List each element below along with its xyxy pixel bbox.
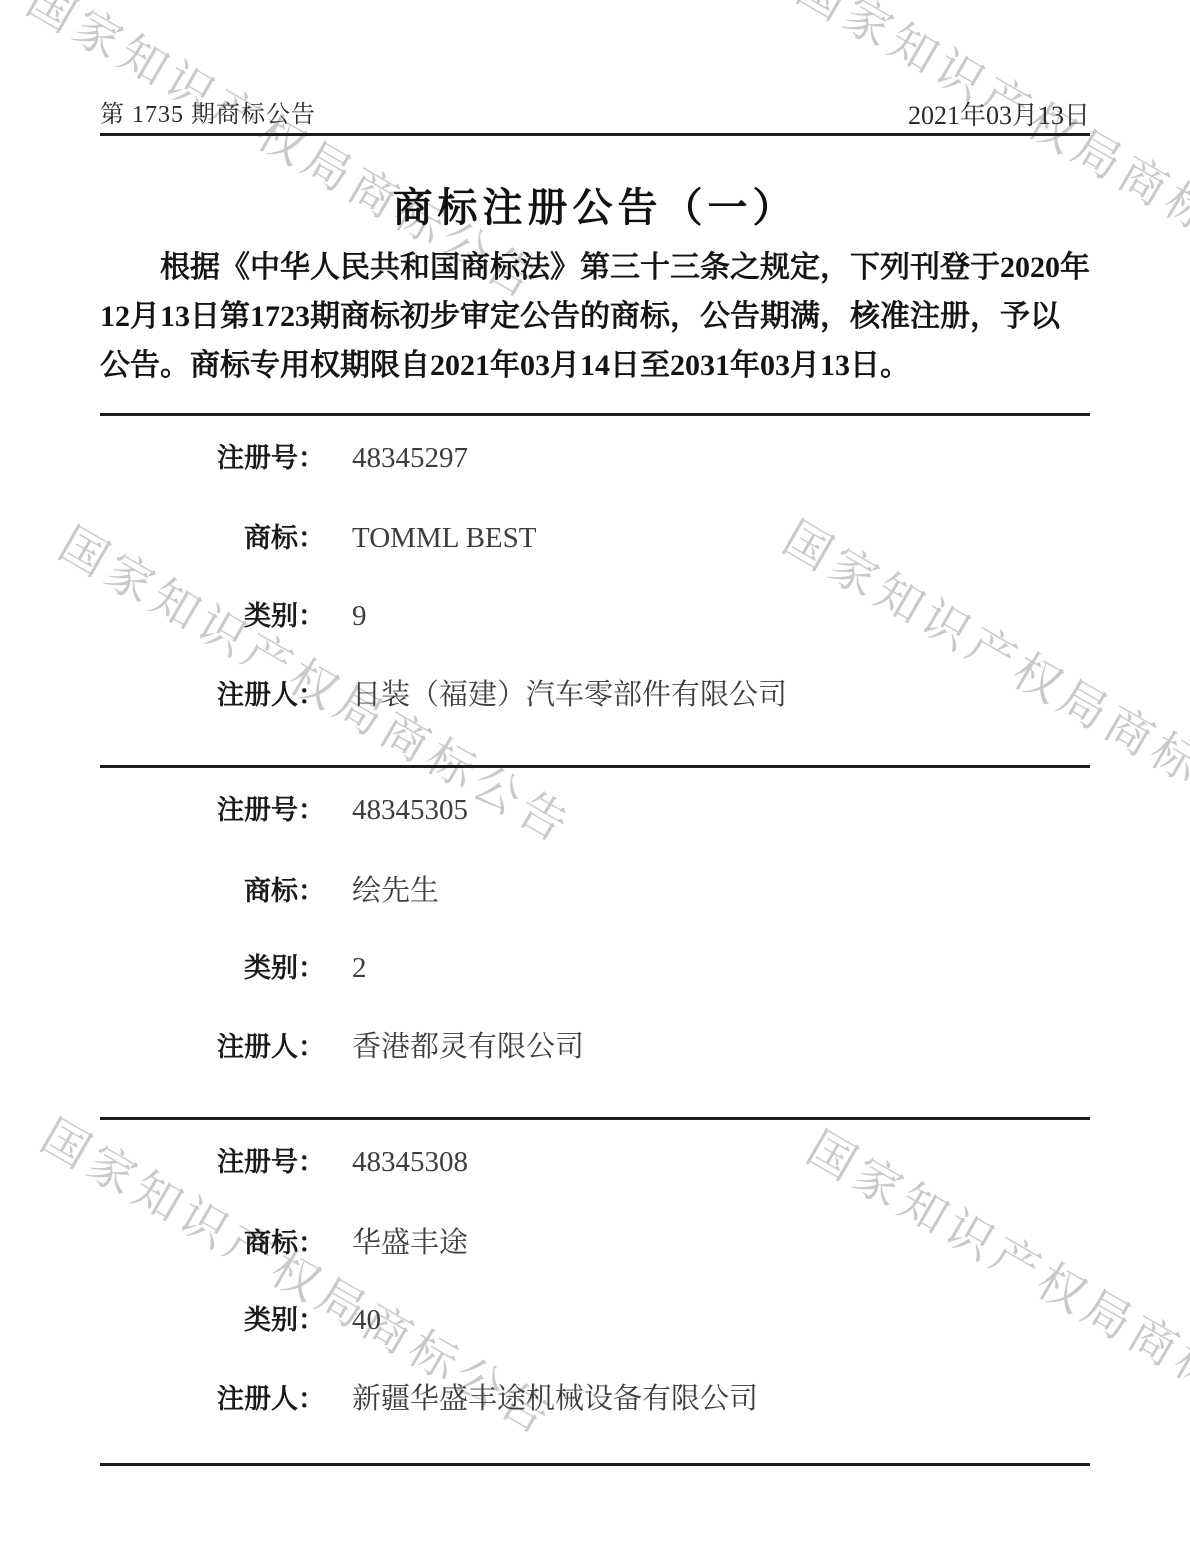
record-field-class: 类别： 2 bbox=[100, 946, 1090, 985]
class-value: 9 bbox=[352, 600, 367, 633]
record-field-registrant: 注册人： 日装（福建）汽车零部件有限公司 bbox=[100, 672, 1090, 713]
record-field-trademark: 商标： 绘先生 bbox=[100, 868, 1090, 909]
bottom-rule bbox=[100, 1463, 1090, 1466]
field-label: 注册号： bbox=[100, 436, 325, 475]
gazette-issue-label: 第 1735 期商标公告 bbox=[100, 94, 316, 129]
reg-no-value: 48345305 bbox=[352, 794, 468, 827]
intro-line: 12月13日第1723期商标初步审定公告的商标，公告期满，核准注册，予以 bbox=[100, 292, 1090, 341]
registrant-value: 香港都灵有限公司 bbox=[352, 1024, 584, 1065]
record-field-registrant: 注册人： 香港都灵有限公司 bbox=[100, 1024, 1090, 1065]
trademark-value: 绘先生 bbox=[352, 868, 439, 909]
reg-no-value: 48345297 bbox=[352, 442, 468, 475]
record-field-reg-no: 注册号： 48345297 bbox=[100, 436, 1090, 475]
field-label: 类别： bbox=[100, 594, 325, 633]
trademark-record: 注册号： 48345308 商标： 华盛丰途 类别： 40 注册人： 新疆华盛丰… bbox=[100, 1117, 1090, 1469]
record-field-class: 类别： 40 bbox=[100, 1298, 1090, 1337]
class-value: 40 bbox=[352, 1304, 381, 1337]
field-label: 类别： bbox=[100, 1298, 325, 1337]
registrant-value: 新疆华盛丰途机械设备有限公司 bbox=[352, 1376, 758, 1417]
intro-paragraph: 根据《中华人民共和国商标法》第三十三条之规定，下列刊登于2020年 12月13日… bbox=[100, 243, 1090, 390]
trademark-value: TOMML BEST bbox=[352, 522, 537, 555]
class-value: 2 bbox=[352, 952, 367, 985]
gazette-date: 2021年03月13日 bbox=[908, 95, 1090, 132]
registrant-value: 日装（福建）汽车零部件有限公司 bbox=[352, 672, 787, 713]
field-label: 注册号： bbox=[100, 1140, 325, 1179]
reg-no-value: 48345308 bbox=[352, 1146, 468, 1179]
trademark-record: 注册号： 48345297 商标： TOMML BEST 类别： 9 注册人： … bbox=[100, 413, 1090, 765]
intro-line: 根据《中华人民共和国商标法》第三十三条之规定，下列刊登于2020年 bbox=[100, 243, 1090, 292]
trademark-value: 华盛丰途 bbox=[352, 1220, 468, 1261]
intro-line: 公告。商标专用权期限自2021年03月14日至2031年03月13日。 bbox=[100, 341, 1090, 390]
field-label: 商标： bbox=[100, 516, 325, 555]
trademark-gazette-page: 国家知识产权局商标公告 国家知识产权局商标公告 国家知识产权局商标公告 国家知识… bbox=[0, 0, 1190, 1564]
record-field-class: 类别： 9 bbox=[100, 594, 1090, 633]
field-label: 类别： bbox=[100, 946, 325, 985]
header-rule bbox=[100, 133, 1090, 136]
record-field-trademark: 商标： 华盛丰途 bbox=[100, 1220, 1090, 1261]
field-label: 商标： bbox=[100, 869, 325, 908]
record-field-registrant: 注册人： 新疆华盛丰途机械设备有限公司 bbox=[100, 1376, 1090, 1417]
field-label: 注册号： bbox=[100, 788, 325, 827]
trademark-record: 注册号： 48345305 商标： 绘先生 类别： 2 注册人： 香港都灵有限公… bbox=[100, 765, 1090, 1117]
field-label: 注册人： bbox=[100, 1025, 325, 1064]
record-field-reg-no: 注册号： 48345308 bbox=[100, 1140, 1090, 1179]
field-label: 注册人： bbox=[100, 1377, 325, 1416]
page-title: 商标注册公告（一） bbox=[0, 176, 1190, 233]
field-label: 商标： bbox=[100, 1221, 325, 1260]
record-field-reg-no: 注册号： 48345305 bbox=[100, 788, 1090, 827]
field-label: 注册人： bbox=[100, 673, 325, 712]
record-field-trademark: 商标： TOMML BEST bbox=[100, 516, 1090, 555]
